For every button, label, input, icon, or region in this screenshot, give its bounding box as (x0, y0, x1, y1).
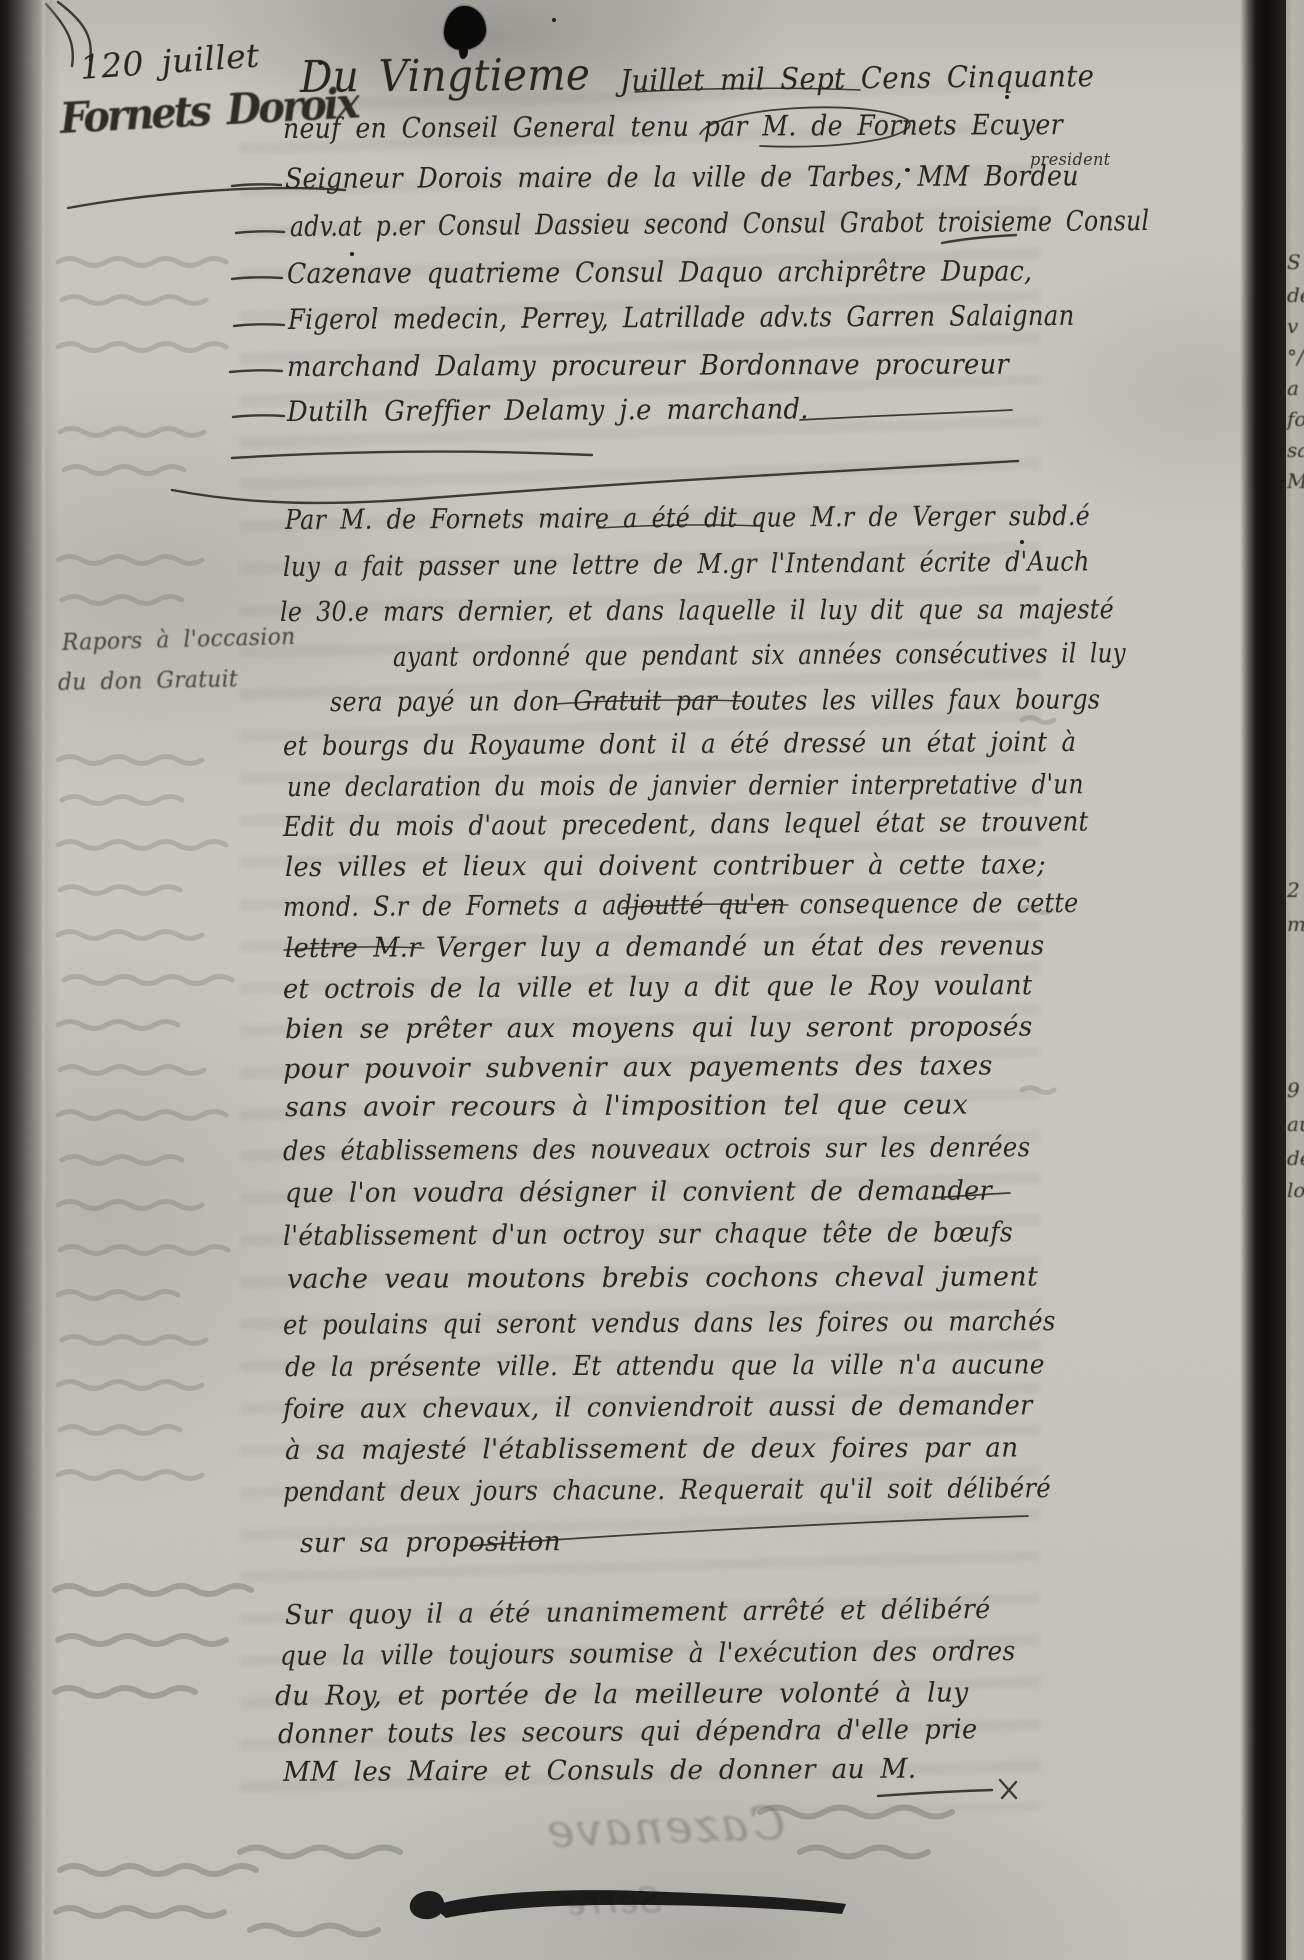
ink-speck (552, 18, 556, 22)
edge-fragment: M (1287, 469, 1304, 493)
next-page-sliver: S de v °/ a fo sa M 2 m 9 au de lo (1286, 0, 1304, 1960)
flourish-lines (0, 0, 1304, 1960)
edge-fragment: lo (1287, 1178, 1304, 1202)
edge-fragment: de (1287, 283, 1304, 307)
ink-speck (905, 168, 910, 172)
edge-fragment: 9 (1287, 1078, 1300, 1102)
edge-fragment: °/ (1287, 345, 1304, 369)
edge-fragment: 2 (1287, 878, 1300, 902)
paper-edge-highlight (42, 0, 45, 1960)
ink-speck (350, 252, 354, 256)
ink-speck (1005, 95, 1009, 99)
edge-fragment: fo (1287, 407, 1304, 431)
ink-blot (444, 6, 486, 50)
edge-fragment: de (1287, 1146, 1304, 1170)
ink-smudge (410, 1890, 846, 1919)
ink-speck (1020, 540, 1024, 544)
manuscript-page: Cazenave Serre 120 juillet Fornets Doroi… (0, 0, 1304, 1960)
gutter-shadow-right (1240, 0, 1286, 1960)
ink-speck (318, 60, 323, 65)
edge-fragment: S (1287, 250, 1301, 274)
edge-fragment: au (1287, 1112, 1304, 1136)
edge-fragment: sa (1287, 438, 1304, 462)
edge-fragment: m (1287, 912, 1304, 936)
edge-fragment: a (1287, 376, 1299, 400)
binding-edge-left (0, 0, 60, 1960)
edge-fragment: v (1287, 314, 1298, 338)
